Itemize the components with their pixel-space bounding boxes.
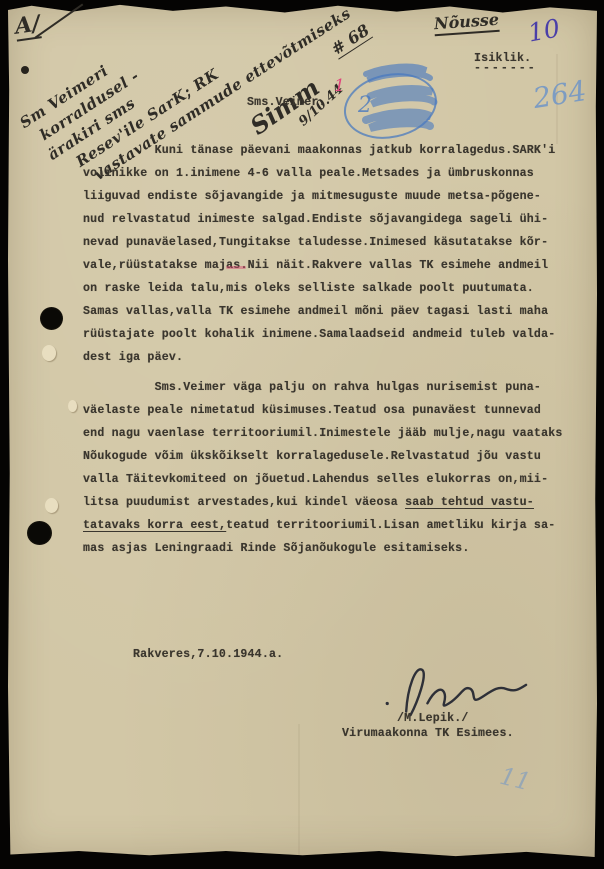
signer-title: Virumaakonna TK Esimees. [342,727,514,740]
punch-hole [40,307,63,330]
typed-line: litsa puudumist arvestades,kui kindel vä… [83,491,553,514]
approval-note: Nõusse [433,10,500,36]
typed-line: nevad punaväelased,Tungitakse taludesse.… [83,231,553,254]
typed-line: valla Täitevkomiteed on jõuetud.Lahendus… [83,468,553,491]
typed-line: on raske leida talu,mis oleks selliste s… [83,277,553,300]
typed-line: Kuni tänase päevani maakonnas jatkub kor… [83,139,553,162]
typed-line: dest iga päev. [83,346,553,369]
paper-tear [42,345,56,361]
letter-body: Kuni tänase päevani maakonnas jatkub kor… [83,139,553,560]
typed-line: volinikke on 1.inimene 4-6 valla peale.M… [83,162,553,185]
paper-tear [68,400,77,412]
paper-tear [45,498,58,513]
date-line: Rakveres,7.10.1944.a. [133,648,283,661]
typed-line: Sms.Veimer väga palju on rahva hulgas nu… [83,376,553,399]
personal-label-underline: ------- [474,62,537,75]
typed-line: Samas vallas,valla TK esimehe andmeil mõ… [83,300,553,323]
crossed-out-stamp: 2 [336,60,444,148]
handwritten-signature [378,656,538,720]
typed-line: liiguvad endiste sõjavangide ja mitmesug… [83,185,553,208]
typed-line: rüüstajate poolt kohalik inimene.Samalaa… [83,323,553,346]
corner-slash-stroke [35,4,84,39]
typed-line: tatavaks korra eest,teatud territooriumi… [83,514,553,537]
faint-pencil-number: 11 [497,762,533,797]
typed-line: end nagu vaenlase territooriumil.Inimest… [83,422,553,445]
typed-line: mas asjas Leningraadi Rinde Sõjanõukogul… [83,537,553,560]
typed-line: nud relvastatud inimeste salgad.Endiste … [83,208,553,231]
page-number-ink: 10 [526,13,562,47]
salutation: Sms.Veimer. [247,96,326,109]
archive-number-pencil: 264 [531,74,589,115]
scanned-document: A/ Sm Veimerikorraldusel -ärakiri smsRes… [0,0,604,869]
typed-line: Nõukogude võim ükskõikselt korralageduse… [83,445,553,468]
typed-signer-name: /M.Lepik./ [397,712,469,725]
typed-line: vale,rüüstatakse majas.Nii näit.Rakvere … [83,254,553,277]
ink-blot [21,66,29,74]
typed-line: väelaste peale nimetatud küsimuses.Teatu… [83,399,553,422]
punch-hole [27,521,52,545]
red-smudge [226,266,246,269]
